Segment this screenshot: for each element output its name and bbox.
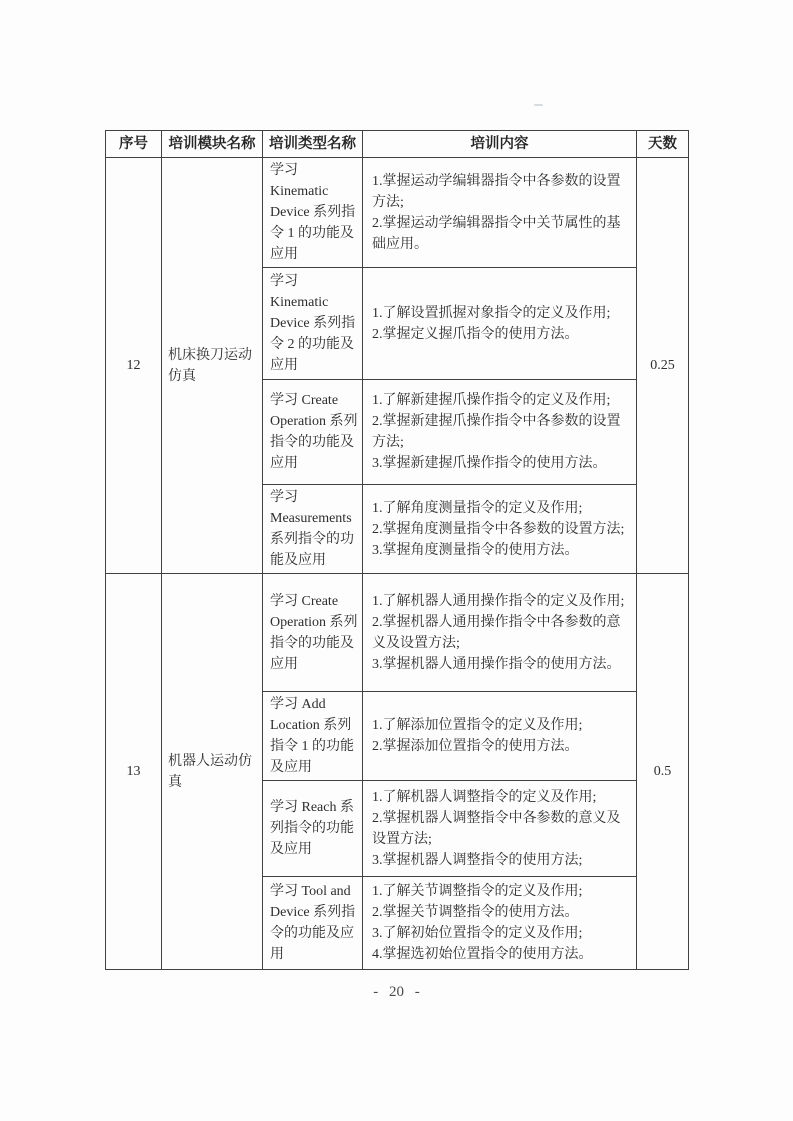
content-cell: 1.了解新建握爪操作指令的定义及作用; 2.掌握新建握爪操作指令中各参数的设置方… xyxy=(363,380,637,485)
header-module: 培训模块名称 xyxy=(162,131,263,158)
module-cell: 机床换刀运动仿真 xyxy=(162,158,263,574)
type-cell: 学习 Add Location 系列指令 1 的功能及应用 xyxy=(263,692,363,781)
content-cell: 1.掌握运动学编辑器指令中各参数的设置方法; 2.掌握运动学编辑器指令中关节属性… xyxy=(363,158,637,268)
table-row: 13 机器人运动仿真 学习 Create Operation 系列指令的功能及应… xyxy=(106,574,689,692)
header-index: 序号 xyxy=(106,131,162,158)
header-type: 培训类型名称 xyxy=(263,131,363,158)
index-cell: 13 xyxy=(106,574,162,970)
table-header-row: 序号 培训模块名称 培训类型名称 培训内容 天数 xyxy=(106,131,689,158)
header-days: 天数 xyxy=(637,131,689,158)
page-number: - 20 - xyxy=(0,984,793,1001)
content-cell: 1.了解关节调整指令的定义及作用; 2.掌握关节调整指令的使用方法。 3.了解初… xyxy=(363,877,637,970)
type-cell: 学习 Create Operation 系列指令的功能及应用 xyxy=(263,380,363,485)
days-cell: 0.25 xyxy=(637,158,689,574)
header-content: 培训内容 xyxy=(363,131,637,158)
days-cell: 0.5 xyxy=(637,574,689,970)
content-cell: 1.了解机器人调整指令的定义及作用; 2.掌握机器人调整指令中各参数的意义及设置… xyxy=(363,781,637,877)
index-cell: 12 xyxy=(106,158,162,574)
type-cell: 学习 Reach 系列指令的功能及应用 xyxy=(263,781,363,877)
type-cell: 学习 Create Operation 系列指令的功能及应用 xyxy=(263,574,363,692)
content-cell: 1.了解设置抓握对象指令的定义及作用; 2.掌握定义握爪指令的使用方法。 xyxy=(363,268,637,380)
content-cell: 1.了解角度测量指令的定义及作用; 2.掌握角度测量指令中各参数的设置方法; 3… xyxy=(363,485,637,574)
content-cell: 1.了解添加位置指令的定义及作用; 2.掌握添加位置指令的使用方法。 xyxy=(363,692,637,781)
type-cell: 学习 Tool and Device 系列指令的功能及应用 xyxy=(263,877,363,970)
module-cell: 机器人运动仿真 xyxy=(162,574,263,970)
content-cell: 1.了解机器人通用操作指令的定义及作用; 2.掌握机器人通用操作指令中各参数的意… xyxy=(363,574,637,692)
type-cell: 学习 Kinematic Device 系列指令 2 的功能及应用 xyxy=(263,268,363,380)
type-cell: 学习 Kinematic Device 系列指令 1 的功能及应用 xyxy=(263,158,363,268)
type-cell: 学习 Measurements 系列指令的功能及应用 xyxy=(263,485,363,574)
document-page: 序号 培训模块名称 培训类型名称 培训内容 天数 12 机床换刀运动仿真 学习 … xyxy=(0,0,793,1121)
scan-speck xyxy=(534,104,543,106)
training-table: 序号 培训模块名称 培训类型名称 培训内容 天数 12 机床换刀运动仿真 学习 … xyxy=(105,130,689,970)
table-row: 12 机床换刀运动仿真 学习 Kinematic Device 系列指令 1 的… xyxy=(106,158,689,268)
